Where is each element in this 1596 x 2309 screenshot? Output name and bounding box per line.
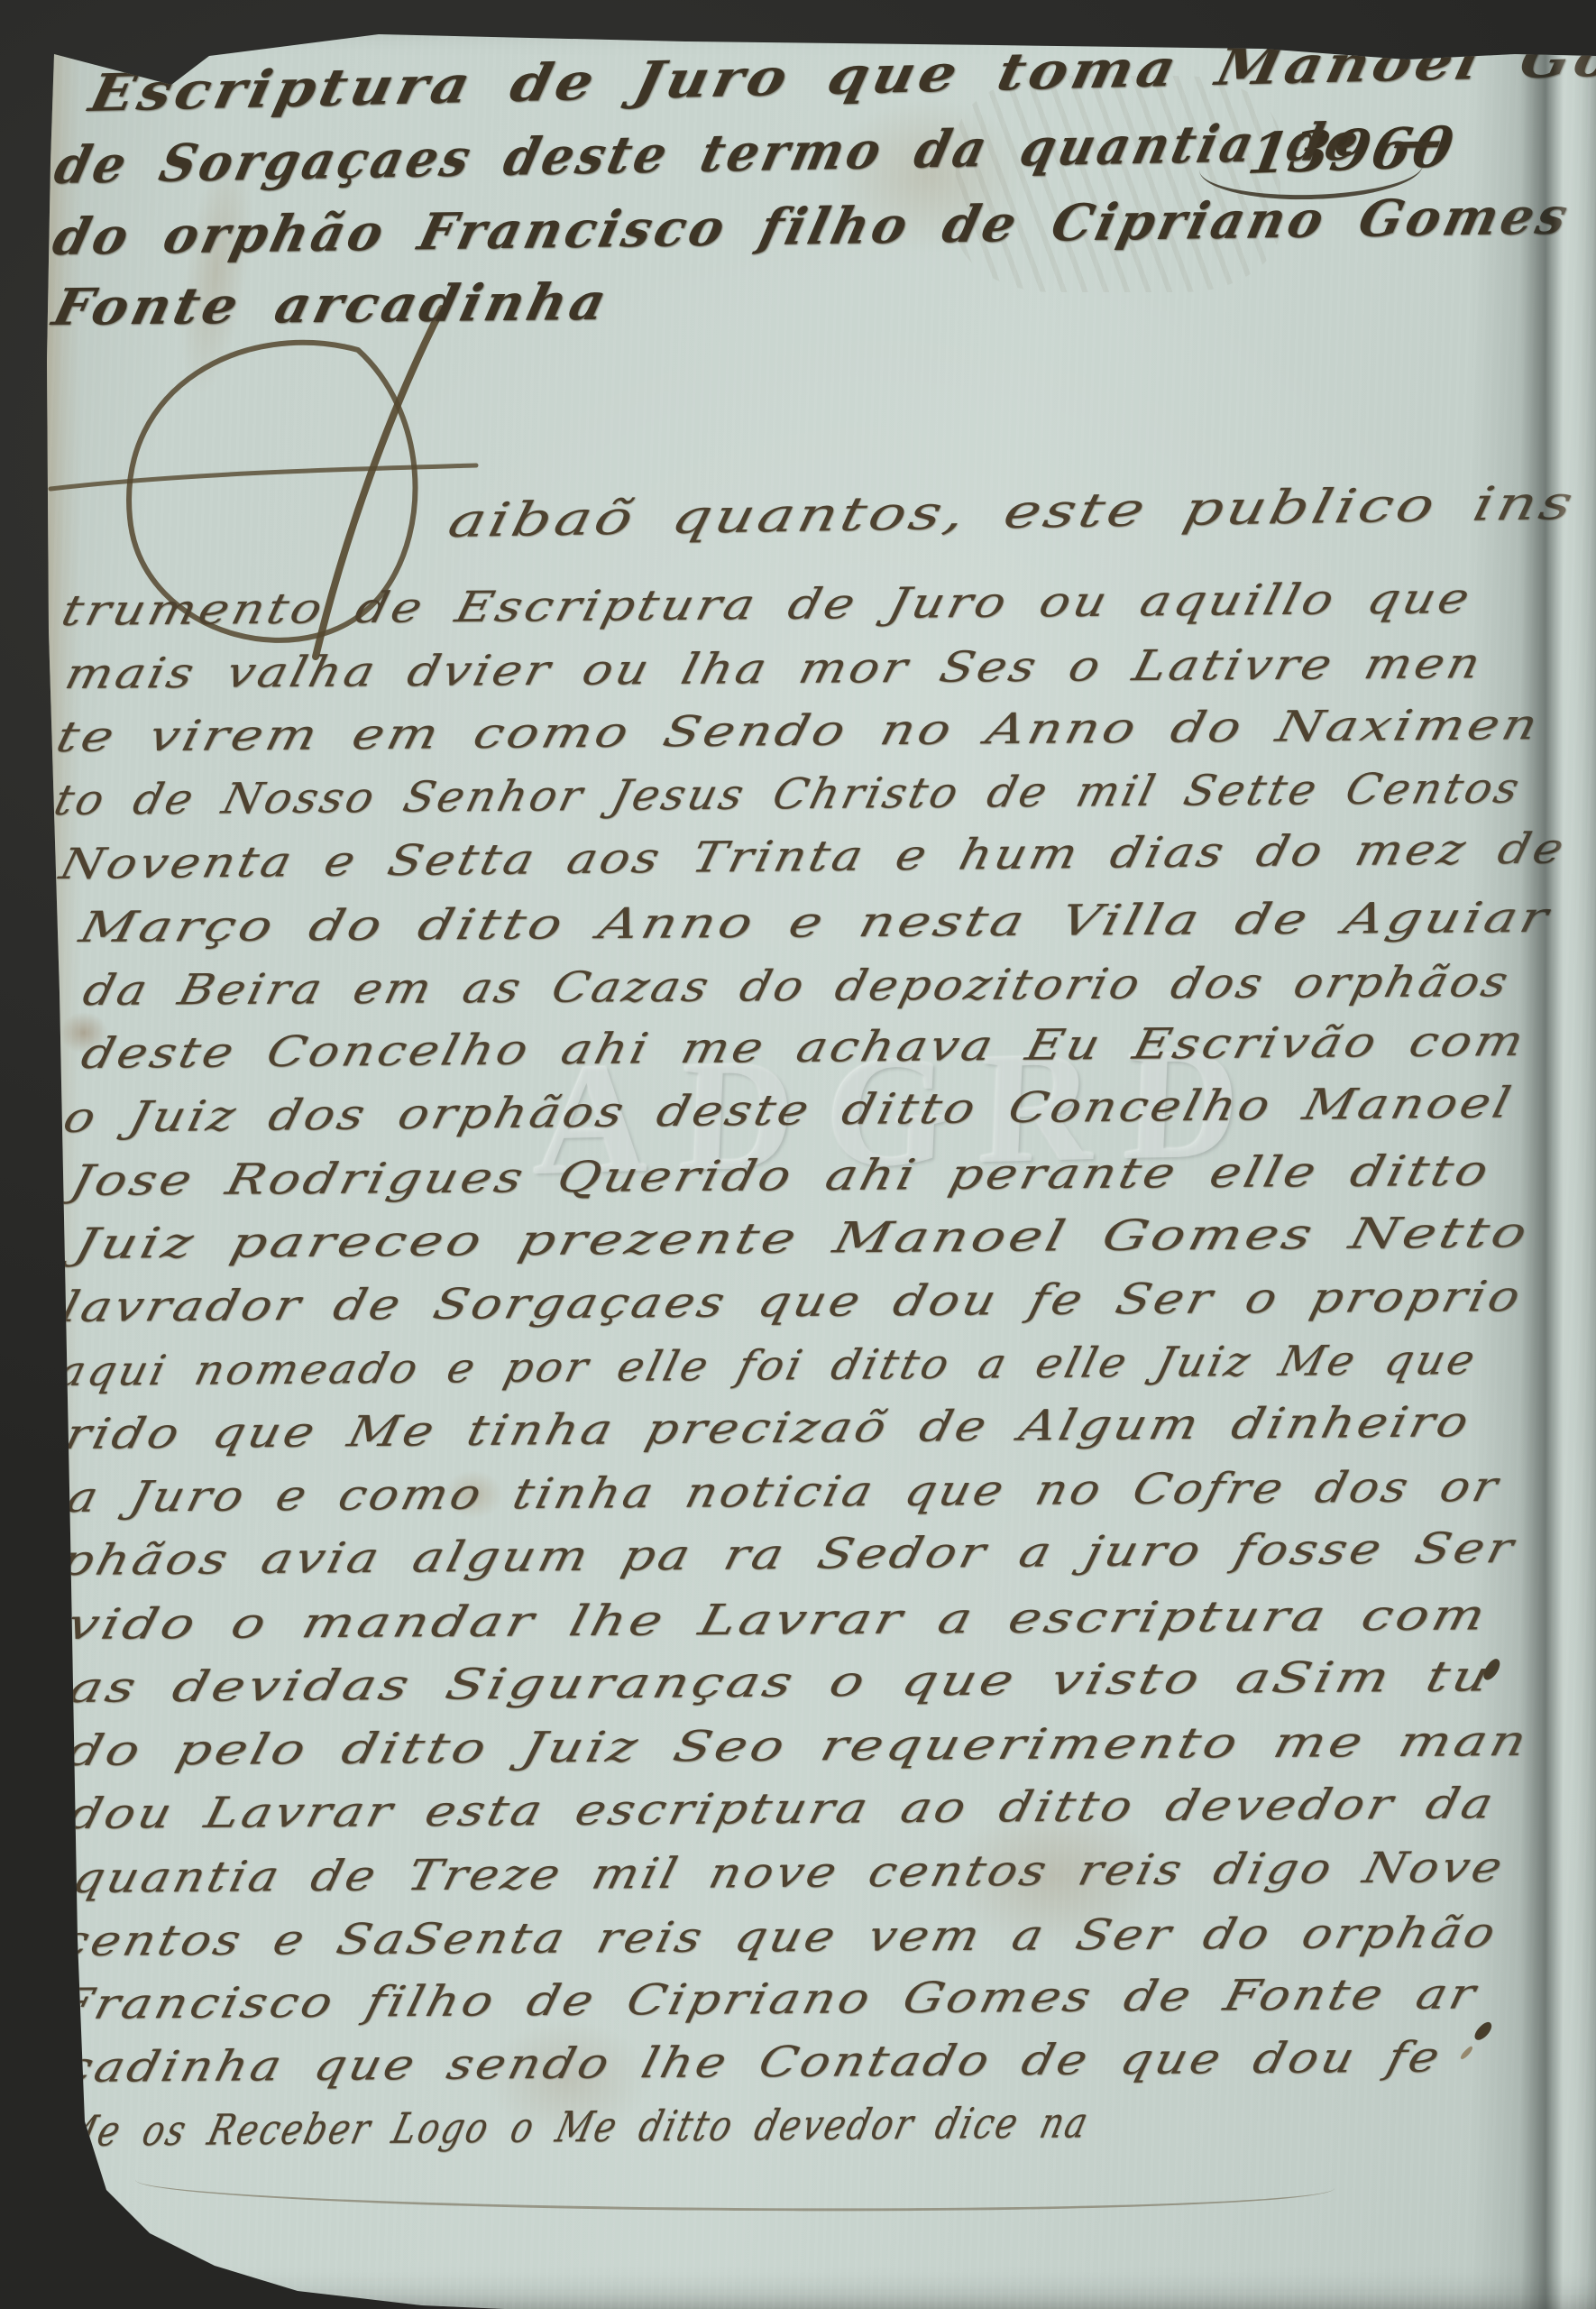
manuscript-line: deste Concelho ahi me achava Eu Escrivão…: [77, 1017, 1531, 1079]
manuscript-line: Noventa e Setta aos Trinta e hum dias do…: [55, 823, 1572, 889]
manuscript-line: Me os Receber Logo o Me ditto devedor di…: [55, 2098, 1096, 2157]
manuscript-page: ADGRD 13960 S Escriptura de Juro que tom…: [0, 0, 1596, 2309]
manuscript-line: rido que Me tinha precizaõ de Algum dinh…: [60, 1397, 1476, 1459]
header-line: Escriptura de Juro que toma Manoel Gomes: [84, 24, 1596, 124]
manuscript-line: phãos avia algum pa ra Sedor a juro foss…: [55, 1523, 1521, 1586]
manuscript-line: aibaõ quantos, este publico ins: [444, 476, 1582, 548]
manuscript-line: Francisco filho de Cipriano Gomes de Fon…: [51, 1969, 1483, 2029]
manuscript-line: lavrador de Sorgaçaes que dou fe Ser o p…: [57, 1272, 1528, 1332]
manuscript-line: centos e SaSenta reis que vem a Ser do o…: [55, 1908, 1503, 1966]
manuscript-line: Juiz pareceo prezente Manoel Gomes Netto: [69, 1208, 1535, 1269]
bottom-pencil-flourish: [135, 2153, 1335, 2214]
manuscript-line: Jose Rodrigues Querido ahi perante elle …: [66, 1146, 1496, 1206]
manuscript-line: a Juro e como tinha noticia que no Cofre…: [62, 1462, 1506, 1522]
manuscript-line: do pelo ditto Juiz Seo requerimento me m…: [62, 1716, 1535, 1776]
header-line: Fonte arcadinha: [47, 272, 616, 337]
scan-background: ADGRD 13960 S Escriptura de Juro que tom…: [0, 0, 1596, 2309]
manuscript-line: da Beira em as Cazas do depozitorio dos …: [78, 957, 1516, 1016]
manuscript-line: vido o mandar lhe Lavrar a escriptura co…: [62, 1590, 1493, 1650]
manuscript-line: aqui nomeado e por elle foi ditto a elle…: [53, 1335, 1482, 1395]
manuscript-line: mais valha dvier ou lha mor Ses o Lativr…: [60, 639, 1489, 699]
manuscript-line: quantia de Treze mil nove centos reis di…: [68, 1843, 1510, 1903]
manuscript-line: o Juiz dos orphãos deste ditto Concelho …: [59, 1078, 1518, 1143]
manuscript-line: te virem em como Sendo no Anno do Naxime…: [51, 700, 1546, 762]
manuscript-line: Março do ditto Anno e nesta Villa de Agu…: [75, 893, 1556, 952]
gutter-crease: [1470, 50, 1596, 2309]
manuscript-line: dou Lavrar esta escriptura ao ditto deve…: [64, 1779, 1501, 1839]
header-line: do orphão Francisco filho de Cipriano Go…: [47, 185, 1596, 267]
manuscript-line: as devidas Siguranças o que visto aSim t…: [64, 1651, 1498, 1713]
manuscript-line: to de Nosso Senhor Jesus Christo de mil …: [50, 764, 1527, 825]
manuscript-line: cadinha que sendo lhe Contado de que dou…: [59, 2033, 1447, 2093]
